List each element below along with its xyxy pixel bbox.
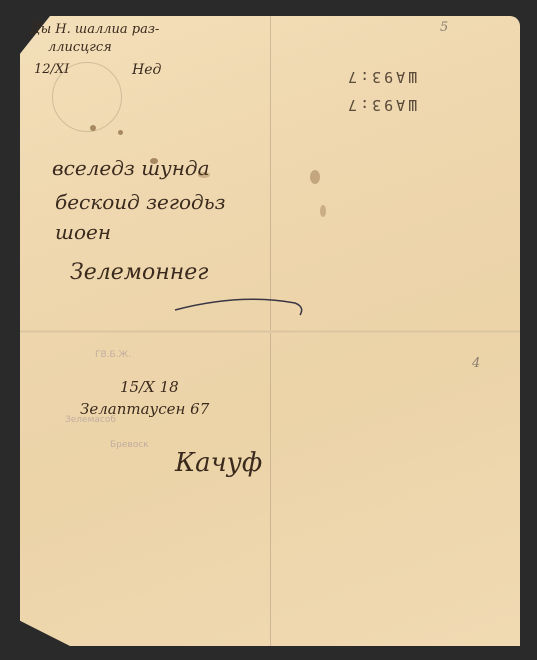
flourish-stroke <box>170 285 310 325</box>
page-number-4: 4 <box>472 356 480 371</box>
perforation-line-1: ША93:7 <box>345 68 417 86</box>
signature: Качуф <box>175 448 262 478</box>
lower-text-line: Зелаптаусен 67 <box>80 400 209 418</box>
page-number-5: 5 <box>440 20 448 35</box>
note-date: 12/XI <box>34 62 69 77</box>
note-line-2: ллисцгся <box>48 40 112 55</box>
main-text-line-3: шоен <box>55 220 111 244</box>
perforation-line-2: ША93:7 <box>345 96 417 114</box>
ink-blot <box>118 130 123 135</box>
ink-blot <box>310 170 320 184</box>
main-text-line-4: Зелемоннег <box>70 260 208 285</box>
stamp-text-1: ГВ.Б.Ж. <box>95 350 131 360</box>
stamp-text-3: Бревоск <box>110 440 149 450</box>
note-line-1: Ды Н. шаллиа раз- <box>30 22 159 37</box>
lower-date: 15/X 18 <box>120 378 179 396</box>
ink-blot <box>150 158 158 164</box>
ink-blot <box>320 205 326 217</box>
ink-blot <box>198 172 210 178</box>
main-text-line-1: вселедз шунда <box>52 156 210 180</box>
note-initials: Нед <box>132 62 161 78</box>
horizontal-fold-line <box>20 330 520 333</box>
main-text-line-2: бескоид зегодьз <box>55 190 226 214</box>
ink-blot <box>90 125 96 131</box>
